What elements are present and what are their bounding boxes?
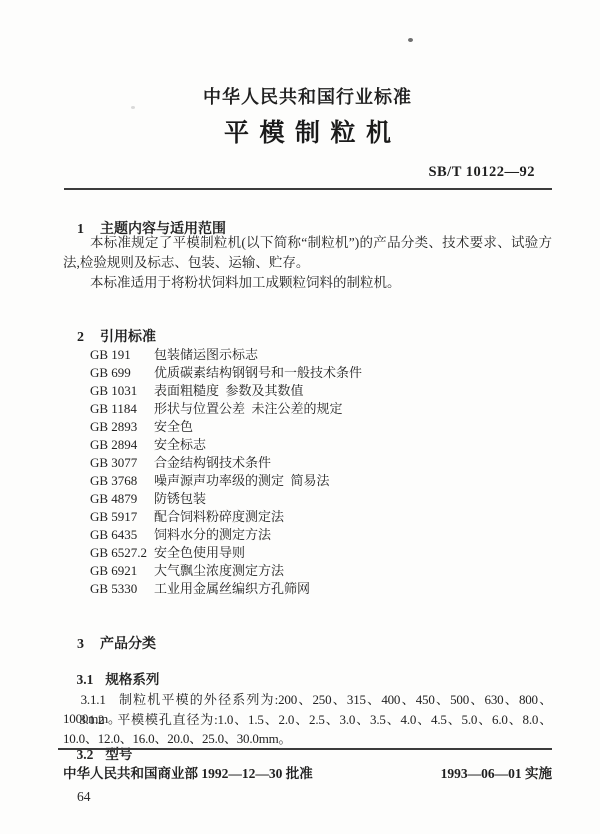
reference-title: 配合饲料粉碎度测定法 xyxy=(154,509,284,524)
reference-title: 饲料水分的测定方法 xyxy=(154,527,271,542)
reference-title: 防锈包装 xyxy=(154,491,206,506)
reference-item: GB 5330工业用金属丝编织方孔筛网 xyxy=(90,580,552,598)
reference-code: GB 1031 xyxy=(90,382,148,400)
reference-item: GB 4879防锈包装 xyxy=(90,490,552,508)
footer-divider-rule xyxy=(58,748,552,750)
reference-code: GB 4879 xyxy=(90,490,148,508)
reference-code: GB 1184 xyxy=(90,400,148,418)
reference-title: 合金结构钢技术条件 xyxy=(154,455,271,470)
document-title: 平模制粒机 xyxy=(63,113,552,149)
reference-item: GB 5917配合饲料粉碎度测定法 xyxy=(90,508,552,526)
reference-code: GB 6435 xyxy=(90,526,148,544)
reference-item: GB 1031表面粗糙度 参数及其数值 xyxy=(90,382,552,400)
reference-title: 噪声源声功率级的测定 简易法 xyxy=(154,473,330,488)
reference-standards-list: GB 191包装储运图示标志 GB 699优质碳素结构钢钢号和一般技术条件 GB… xyxy=(90,346,552,598)
standard-number: SB/T 10122—92 xyxy=(63,164,535,181)
reference-title: 包装储运图示标志 xyxy=(154,347,258,362)
reference-title: 大气飘尘浓度测定方法 xyxy=(154,563,284,578)
reference-code: GB 191 xyxy=(90,346,148,364)
reference-item: GB 699优质碳素结构钢钢号和一般技术条件 xyxy=(90,364,552,382)
document-page: 中华人民共和国行业标准 平模制粒机 SB/T 10122—92 1主题内容与适用… xyxy=(0,0,600,834)
reference-title: 安全色 xyxy=(154,419,193,434)
implementation-note: 1993—06—01 实施 xyxy=(441,762,552,782)
reference-code: GB 5917 xyxy=(90,508,148,526)
reference-item: GB 3077合金结构钢技术条件 xyxy=(90,454,552,472)
standard-type-heading: 中华人民共和国行业标准 xyxy=(63,83,552,109)
reference-title: 形状与位置公差 未注公差的规定 xyxy=(154,401,343,416)
footer: 中华人民共和国商业部 1992—12—30 批准 1993—06—01 实施 xyxy=(63,762,552,782)
reference-item: GB 191包装储运图示标志 xyxy=(90,346,552,364)
reference-code: GB 3768 xyxy=(90,472,148,490)
reference-title: 优质碳素结构钢钢号和一般技术条件 xyxy=(154,365,362,380)
reference-item: GB 2893安全色 xyxy=(90,418,552,436)
reference-item: GB 6435饲料水分的测定方法 xyxy=(90,526,552,544)
scan-speck xyxy=(131,106,135,109)
reference-title: 安全标志 xyxy=(154,437,206,452)
reference-code: GB 2893 xyxy=(90,418,148,436)
reference-item: GB 6527.2安全色使用导则 xyxy=(90,544,552,562)
page-number: 64 xyxy=(77,789,91,805)
header-divider-rule xyxy=(64,188,552,190)
scan-speck xyxy=(408,38,413,42)
section-2-title: 引用标准 xyxy=(100,330,156,345)
reference-code: GB 2894 xyxy=(90,436,148,454)
section-1-paragraph-1: 本标准规定了平模制粒机(以下简称“制粒机”)的产品分类、技术要求、试验方法,检验… xyxy=(63,233,552,273)
reference-code: GB 5330 xyxy=(90,580,148,598)
section-2-number: 2 xyxy=(77,330,84,345)
reference-item: GB 2894安全标志 xyxy=(90,436,552,454)
approval-note: 中华人民共和国商业部 1992—12—30 批准 xyxy=(63,762,313,782)
reference-title: 安全色使用导则 xyxy=(154,545,245,560)
section-1-paragraph-2: 本标准适用于将粉状饲料加工成颗粒饲料的制粒机。 xyxy=(63,273,552,293)
reference-item: GB 1184形状与位置公差 未注公差的规定 xyxy=(90,400,552,418)
reference-code: GB 6921 xyxy=(90,562,148,580)
reference-code: GB 3077 xyxy=(90,454,148,472)
reference-item: GB 3768噪声源声功率级的测定 简易法 xyxy=(90,472,552,490)
reference-item: GB 6921大气飘尘浓度测定方法 xyxy=(90,562,552,580)
reference-title: 表面粗糙度 参数及其数值 xyxy=(154,383,304,398)
reference-code: GB 699 xyxy=(90,364,148,382)
reference-title: 工业用金属丝编织方孔筛网 xyxy=(154,581,310,596)
reference-code: GB 6527.2 xyxy=(90,544,148,562)
